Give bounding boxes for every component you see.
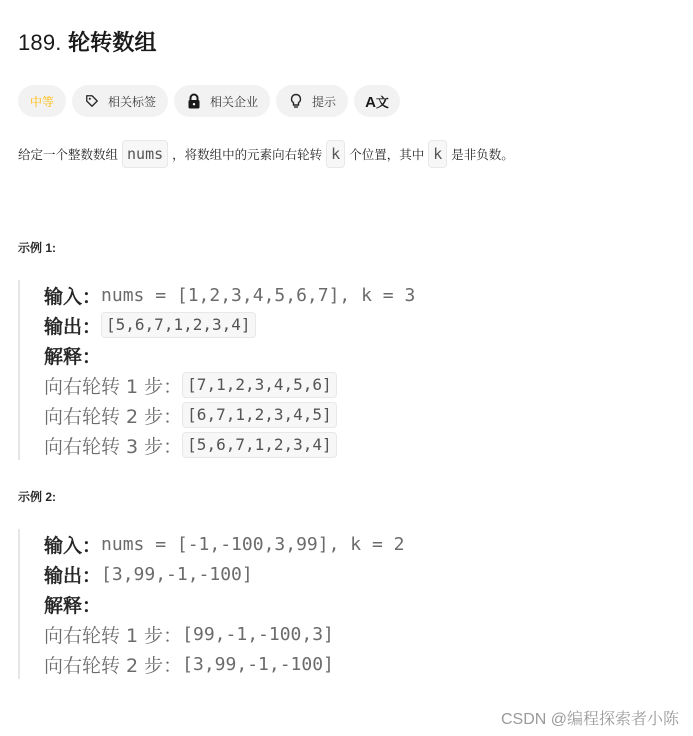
problem-number: 189. [18,30,62,55]
example-explain-line: 解释： [44,340,415,370]
hint-button[interactable]: 提示 [276,85,348,117]
example-2-label: 示例 2: [18,488,56,505]
input-label: 输入： [44,531,101,558]
step-value: [7,1,2,3,4,5,6] [182,372,337,398]
translate-icon: A文 [365,92,389,111]
example-1-label: 示例 1: [18,239,56,256]
example-output-line: 输出： [5,6,7,1,2,3,4] [44,310,415,340]
step-text: 向右轮转 2 步： [44,651,182,678]
desc-text: 给定一个整数数组 [18,145,118,163]
step-line: 向右轮转 2 步： [3,99,-1,-100] [44,649,404,679]
desc-text: ，将数组中的元素向右轮转 [172,145,322,163]
lock-icon [186,93,202,109]
step-value: [6,7,1,2,3,4,5] [182,402,337,428]
output-value: [3,99,-1,-100] [101,564,253,585]
step-line: 向右轮转 2 步： [6,7,1,2,3,4,5] [44,400,415,430]
related-tags-button[interactable]: 相关标签 [72,85,168,117]
step-value: [5,6,7,1,2,3,4] [182,432,337,458]
example-2-block: 输入： nums = [-1,-100,3,99], k = 2 输出： [3,… [18,529,404,679]
related-companies-button[interactable]: 相关企业 [174,85,270,117]
step-line: 向右轮转 1 步： [99,-1,-100,3] [44,619,404,649]
example-output-line: 输出： [3,99,-1,-100] [44,559,404,589]
input-label: 输入： [44,282,101,309]
step-text: 向右轮转 1 步： [44,372,182,399]
inline-code-k: k [326,140,345,168]
input-value: nums = [1,2,3,4,5,6,7], k = 3 [101,285,415,306]
step-text: 向右轮转 1 步： [44,621,182,648]
translate-button[interactable]: A文 [354,85,400,117]
difficulty-badge: 中等 [18,85,66,117]
input-value: nums = [-1,-100,3,99], k = 2 [101,534,404,555]
problem-name: 轮转数组 [68,30,157,55]
tag-icon [84,93,100,109]
lightbulb-icon [288,93,304,109]
step-text: 向右轮转 3 步： [44,432,182,459]
inline-code-nums: nums [122,140,168,168]
hint-label: 提示 [312,93,336,110]
problem-tags-bar: 中等 相关标签 相关企业 提示 A文 [18,85,400,117]
step-value: [99,-1,-100,3] [182,624,334,645]
related-companies-label: 相关企业 [210,93,258,110]
problem-title: 189. 轮转数组 [18,26,157,57]
watermark: CSDN @编程探索者小陈 [501,706,679,729]
example-explain-line: 解释： [44,589,404,619]
output-label: 输出： [44,561,101,588]
step-line: 向右轮转 3 步： [5,6,7,1,2,3,4] [44,430,415,460]
step-value: [3,99,-1,-100] [182,654,334,675]
example-input-line: 输入： nums = [-1,-100,3,99], k = 2 [44,529,404,559]
explain-label: 解释： [44,591,101,618]
related-tags-label: 相关标签 [108,93,156,110]
step-line: 向右轮转 1 步： [7,1,2,3,4,5,6] [44,370,415,400]
problem-description: 给定一个整数数组 nums ，将数组中的元素向右轮转 k 个位置，其中 k 是非… [18,140,514,168]
desc-text: 个位置，其中 [349,145,424,163]
step-text: 向右轮转 2 步： [44,402,182,429]
difficulty-label: 中等 [30,93,54,110]
explain-label: 解释： [44,342,101,369]
output-value: [5,6,7,1,2,3,4] [101,312,256,338]
inline-code-k: k [428,140,447,168]
output-label: 输出： [44,312,101,339]
example-input-line: 输入： nums = [1,2,3,4,5,6,7], k = 3 [44,280,415,310]
example-1-block: 输入： nums = [1,2,3,4,5,6,7], k = 3 输出： [5… [18,280,415,460]
desc-text: 是非负数。 [451,145,514,163]
